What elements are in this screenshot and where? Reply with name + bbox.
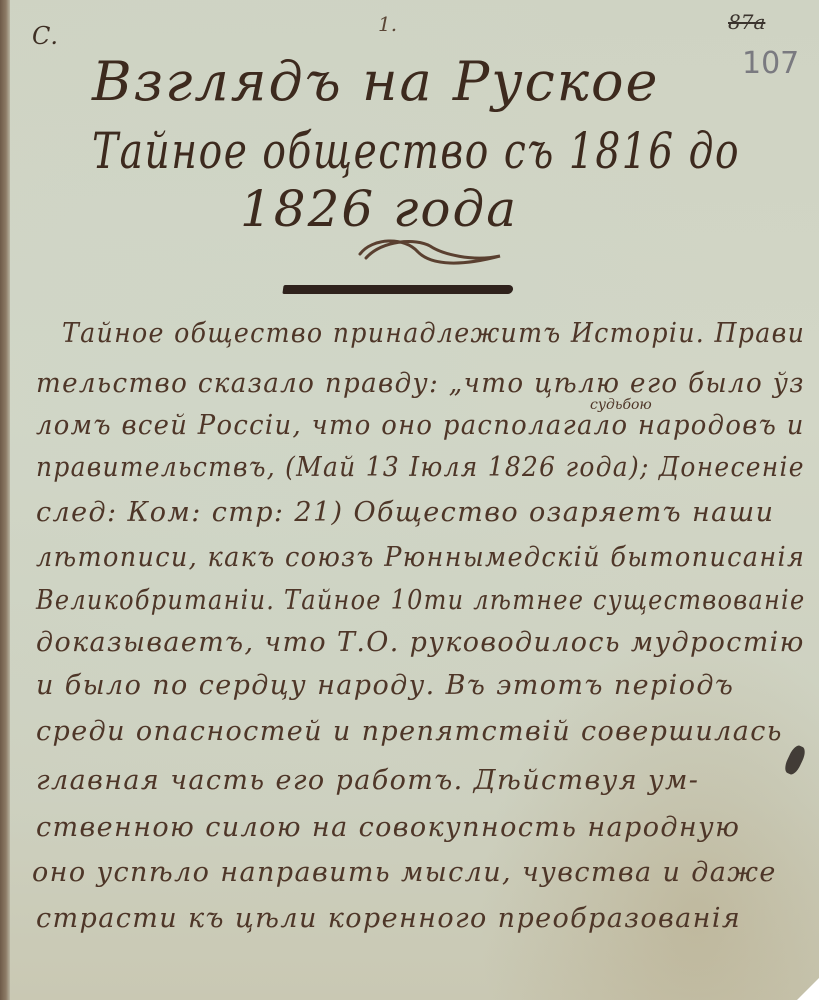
torn-corner: [797, 978, 819, 1000]
text-line-3: ломъ всей Россіи, что оно располагало на…: [36, 410, 805, 441]
text-line-5: след: Ком: стр: 21) Общество озаряетъ на…: [36, 497, 774, 528]
ink-blot: [782, 743, 807, 776]
title-underline-rule: [282, 285, 513, 294]
title-flourish: [352, 232, 512, 268]
text-line-8: доказываетъ, что Т.О. руководилось мудро…: [36, 627, 805, 658]
text-line-6: лѣтописи, какъ союзъ Рюннымедскій бытопи…: [36, 542, 805, 573]
text-line-9: и было по сердцу народу. Въ этотъ період…: [36, 670, 734, 701]
folio-number-crossed: 87а: [728, 10, 765, 34]
page-number: 1.: [378, 12, 397, 36]
text-line-4: правительствъ, (Май 13 Іюля 1826 года); …: [36, 452, 805, 483]
text-line-1: Тайное общество принадлежитъ Исторіи. Пр…: [62, 318, 805, 349]
margin-mark-c: С.: [32, 22, 58, 50]
binding-edge: [0, 0, 10, 1000]
text-line-7: Великобританіи. Тайное 10ти лѣтнее сущес…: [36, 585, 805, 616]
text-line-11: главная часть его работъ. Дѣйствуя ум-: [36, 765, 699, 796]
title-line-2: Тайное общество съ 1816 до: [92, 122, 740, 180]
text-line-2: тельство сказало правду: „что цѣлю его б…: [36, 368, 805, 399]
text-line-14: страсти къ цѣли коренного преобразованія: [36, 903, 741, 934]
title-line-3: 1826 года: [240, 180, 518, 238]
text-line-10: среди опасностей и препятствій совершила…: [36, 716, 783, 747]
text-line-12: ственною силою на совокупность народную: [36, 812, 740, 843]
folio-number: 107: [742, 46, 799, 81]
text-line-13: оно успѣло направить мысли, чувства и да…: [32, 857, 777, 888]
title-line-1: Взглядъ на Руское: [92, 50, 660, 113]
manuscript-page: С. 1. 87а 107 Взглядъ на Руское Тайное о…: [0, 0, 819, 1000]
